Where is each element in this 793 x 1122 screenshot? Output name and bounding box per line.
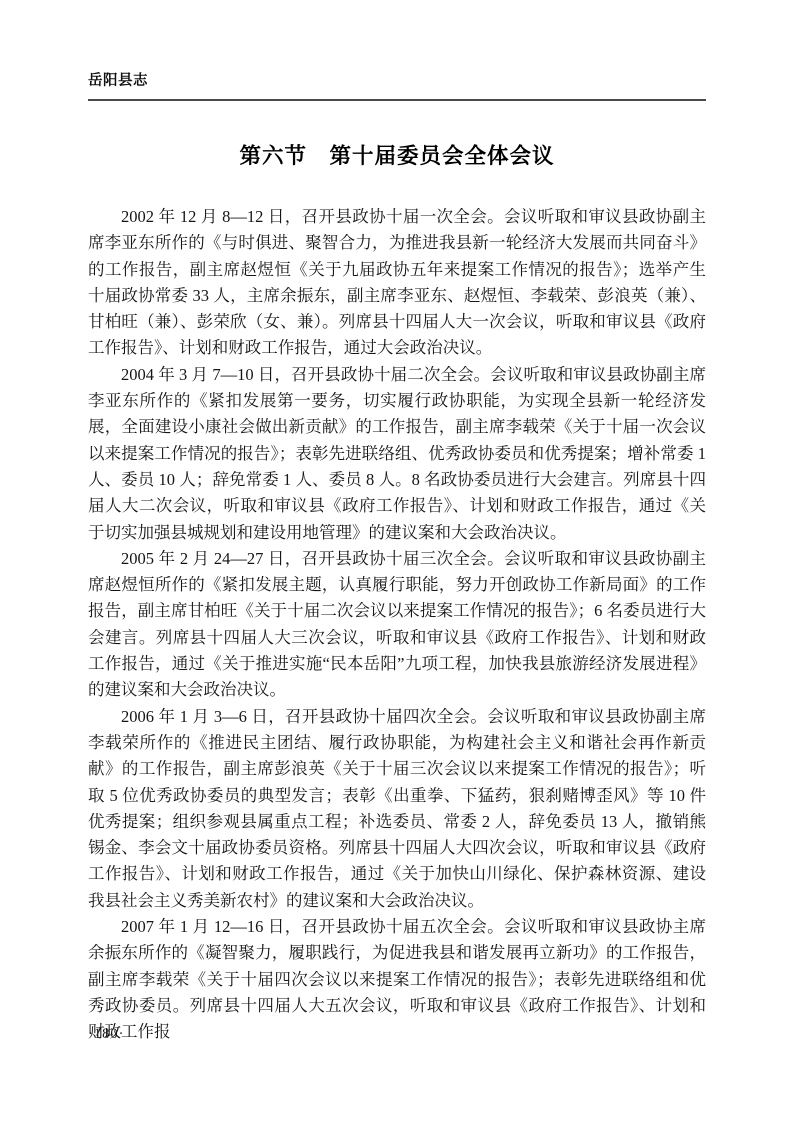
running-header: 岳阳县志 — [88, 0, 706, 90]
header-rule — [88, 99, 706, 101]
paragraph-2007-fifth-plenary: 2007 年 1 月 12—16 日，召开县政协十届五次全会。会议听取和审议县政… — [88, 914, 706, 1045]
section-title: 第六节 第十届委员会全体会议 — [88, 143, 706, 169]
paragraph-2002-first-plenary: 2002 年 12 月 8—12 日，召开县政协十届一次全会。会议听取和审议县政… — [88, 204, 706, 362]
body-text: 2002 年 12 月 8—12 日，召开县政协十届一次全会。会议听取和审议县政… — [88, 204, 706, 1046]
paragraph-2004-second-plenary: 2004 年 3 月 7—10 日，召开县政协十届二次全会。会议听取和审议县政协… — [88, 362, 706, 546]
document-page: 岳阳县志 第六节 第十届委员会全体会议 2002 年 12 月 8—12 日，召… — [0, 0, 793, 1122]
content-area: 岳阳县志 第六节 第十届委员会全体会议 2002 年 12 月 8—12 日，召… — [88, 0, 706, 1046]
paragraph-2006-fourth-plenary: 2006 年 1 月 3—6 日，召开县政协十届四次全会。会议听取和审议县政协副… — [88, 704, 706, 914]
page-number: ·180· — [88, 1026, 124, 1043]
paragraph-2005-third-plenary: 2005 年 2 月 24—27 日，召开县政协十届三次全会。会议听取和审议县政… — [88, 546, 706, 704]
